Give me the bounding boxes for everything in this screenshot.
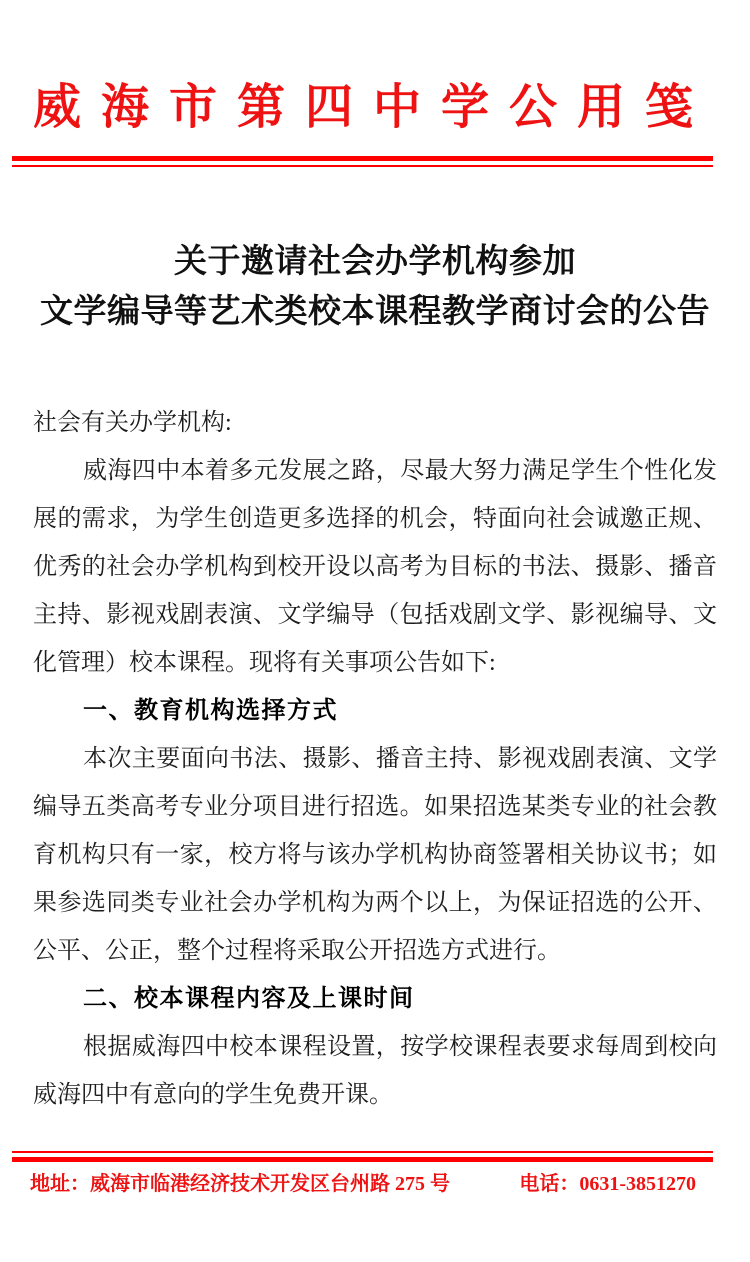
body-line: 根据威海四中校本课程设置，按学校课程表要求每周到校向 <box>33 1023 717 1071</box>
body-line: 威海四中本着多元发展之路，尽最大努力满足学生个性化发 <box>33 447 717 495</box>
body-line: 威海四中有意向的学生免费开课。 <box>33 1071 717 1119</box>
body-line: 公平、公正，整个过程将采取公开招选方式进行。 <box>33 927 717 975</box>
body-line: 果参选同类专业社会办学机构为两个以上，为保证招选的公开、 <box>33 879 717 927</box>
document-page: 威海市第四中学公用笺 关于邀请社会办学机构参加 文学编导等艺术类校本课程教学商讨… <box>0 0 750 1262</box>
body-line: 本次主要面向书法、摄影、播音主持、影视戏剧表演、文学 <box>33 735 717 783</box>
section-heading: 二、校本课程内容及上课时间 <box>33 975 717 1023</box>
body-line: 编导五类高考专业分项目进行招选。如果招选某类专业的社会教 <box>33 783 717 831</box>
document-title-line2: 文学编导等艺术类校本课程教学商讨会的公告 <box>0 287 750 337</box>
body-line: 主持、影视戏剧表演、文学编导（包括戏剧文学、影视编导、文 <box>33 591 717 639</box>
header-rule-thin <box>12 165 713 167</box>
body-line: 育机构只有一家，校方将与该办学机构协商签署相关协议书；如 <box>33 831 717 879</box>
body-line: 优秀的社会办学机构到校开设以高考为目标的书法、摄影、播音 <box>33 543 717 591</box>
document-title: 关于邀请社会办学机构参加 文学编导等艺术类校本课程教学商讨会的公告 <box>0 237 750 337</box>
footer-rule-thin <box>12 1151 713 1153</box>
body-line: 化管理）校本课程。现将有关事项公告如下: <box>33 639 717 687</box>
footer-rule-thick <box>12 1157 713 1162</box>
body-line: 展的需求，为学生创造更多选择的机会，特面向社会诚邀正规、 <box>33 495 717 543</box>
header-rule-thick <box>12 156 713 161</box>
document-body: 社会有关办学机构:威海四中本着多元发展之路，尽最大努力满足学生个性化发展的需求，… <box>33 399 717 1119</box>
footer-address: 地址：威海市临港经济技术开发区台州路 275 号 <box>30 1170 450 1198</box>
document-title-line1: 关于邀请社会办学机构参加 <box>0 237 750 287</box>
footer-phone: 电话：0631-3851270 <box>519 1170 696 1198</box>
footer: 地址：威海市临港经济技术开发区台州路 275 号 电话：0631-3851270 <box>30 1170 696 1198</box>
body-line: 社会有关办学机构: <box>33 399 717 447</box>
letterhead-title: 威海市第四中学公用笺 <box>33 82 713 134</box>
section-heading: 一、教育机构选择方式 <box>33 687 717 735</box>
